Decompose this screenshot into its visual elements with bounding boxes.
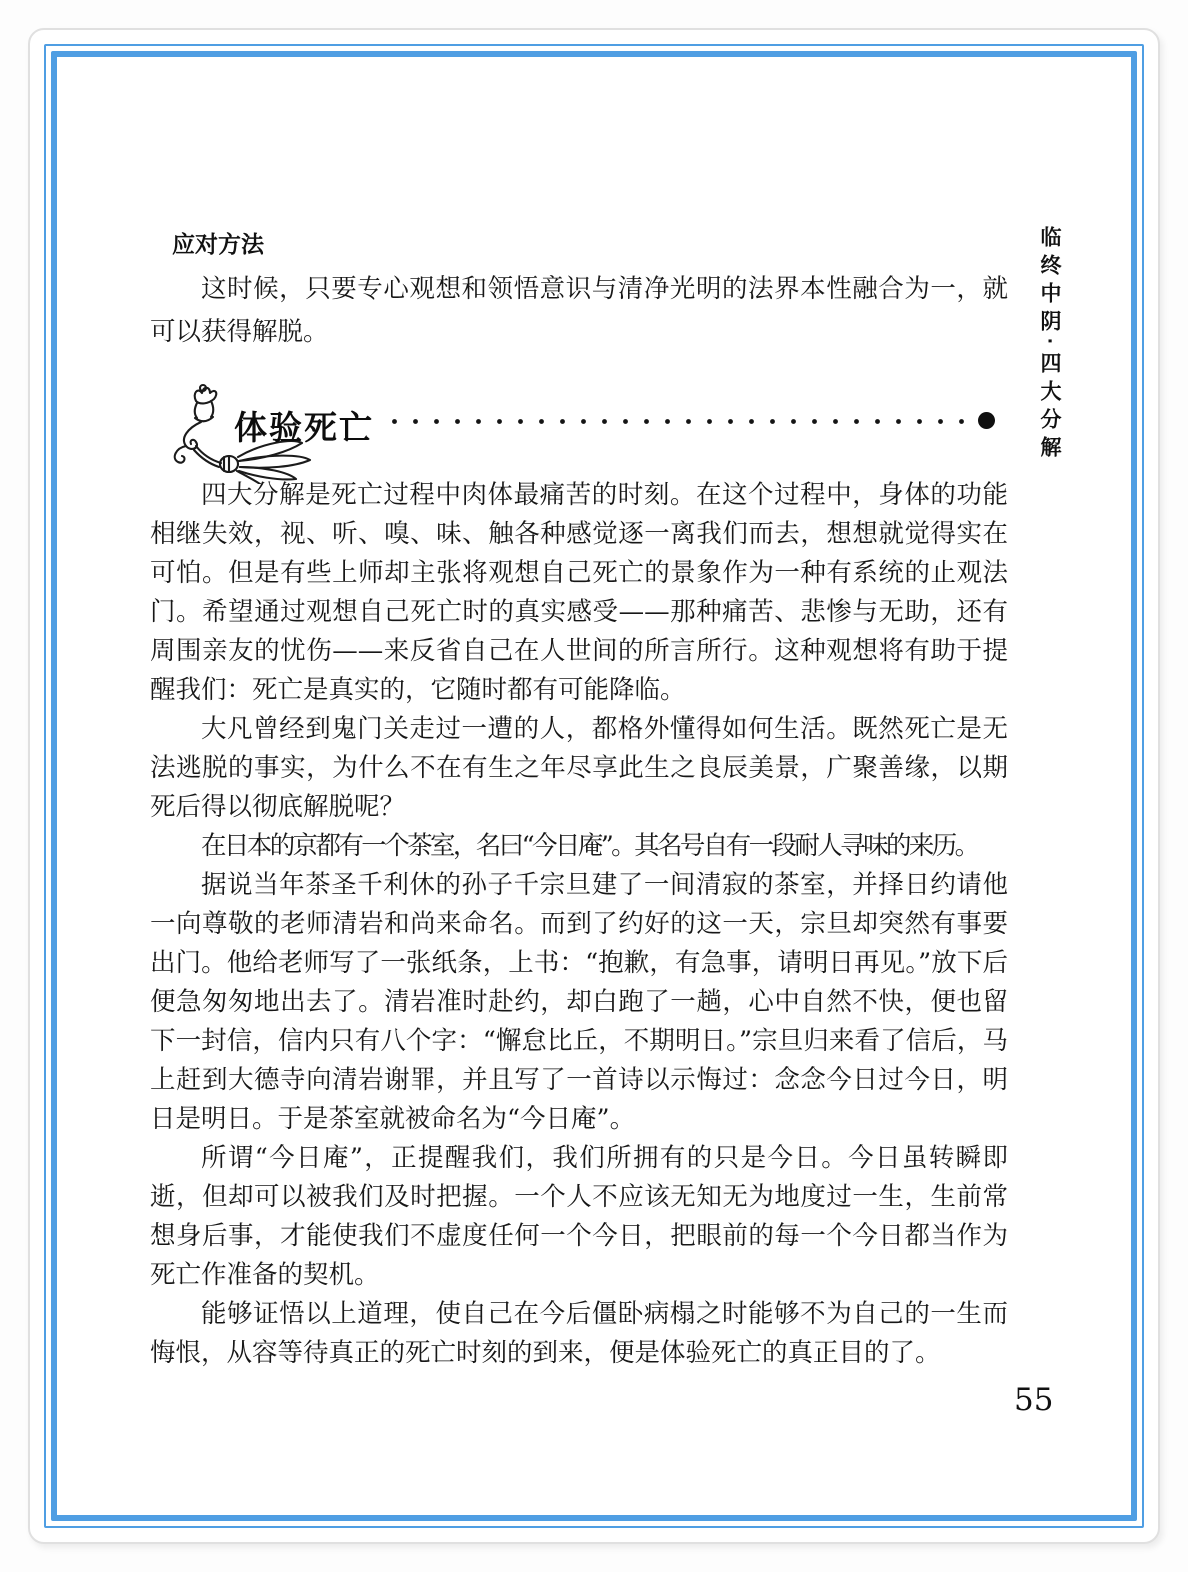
page-number: 55 (1014, 1382, 1053, 1418)
paragraph: 在日本的京都有一个茶室，名曰“今日庵”。其名号自有一段耐人寻味的来历。 (150, 827, 1008, 866)
section-title: 体验死亡 (234, 402, 374, 449)
paragraph: 大凡曾经到鬼门关走过一遭的人，都格外懂得如何生活。既然死亡是无法逃脱的事实，为什… (150, 710, 1008, 827)
paragraph: 这时候，只要专心观想和领悟意识与清净光明的法界本性融合为一，就可以获得解脱。 (150, 268, 1008, 354)
paragraph: 据说当年茶圣千利休的孙子千宗旦建了一间清寂的茶室，并择日约请他一向尊敬的老师清岩… (150, 866, 1008, 1139)
paragraph: 所谓“今日庵”，正提醒我们，我们所拥有的只是今日。今日虽转瞬即逝，但却可以被我们… (150, 1139, 1008, 1295)
paragraph: 四大分解是死亡过程中肉体最痛苦的时刻。在这个过程中，身体的功能相继失效，视、听、… (150, 476, 1008, 710)
leader-end-dot-icon (978, 412, 995, 429)
dotted-leader (384, 418, 966, 425)
paragraph: 能够证悟以上道理，使自己在今后僵卧病榻之时能够不为自己的一生而悔恨，从容等待真正… (150, 1295, 1008, 1373)
subsection-heading: 应对方法 (172, 226, 264, 259)
body-text: 四大分解是死亡过程中肉体最痛苦的时刻。在这个过程中，身体的功能相继失效，视、听、… (150, 476, 1008, 1373)
margin-chapter-title: 临终中阴·四大分解 (1034, 226, 1064, 506)
